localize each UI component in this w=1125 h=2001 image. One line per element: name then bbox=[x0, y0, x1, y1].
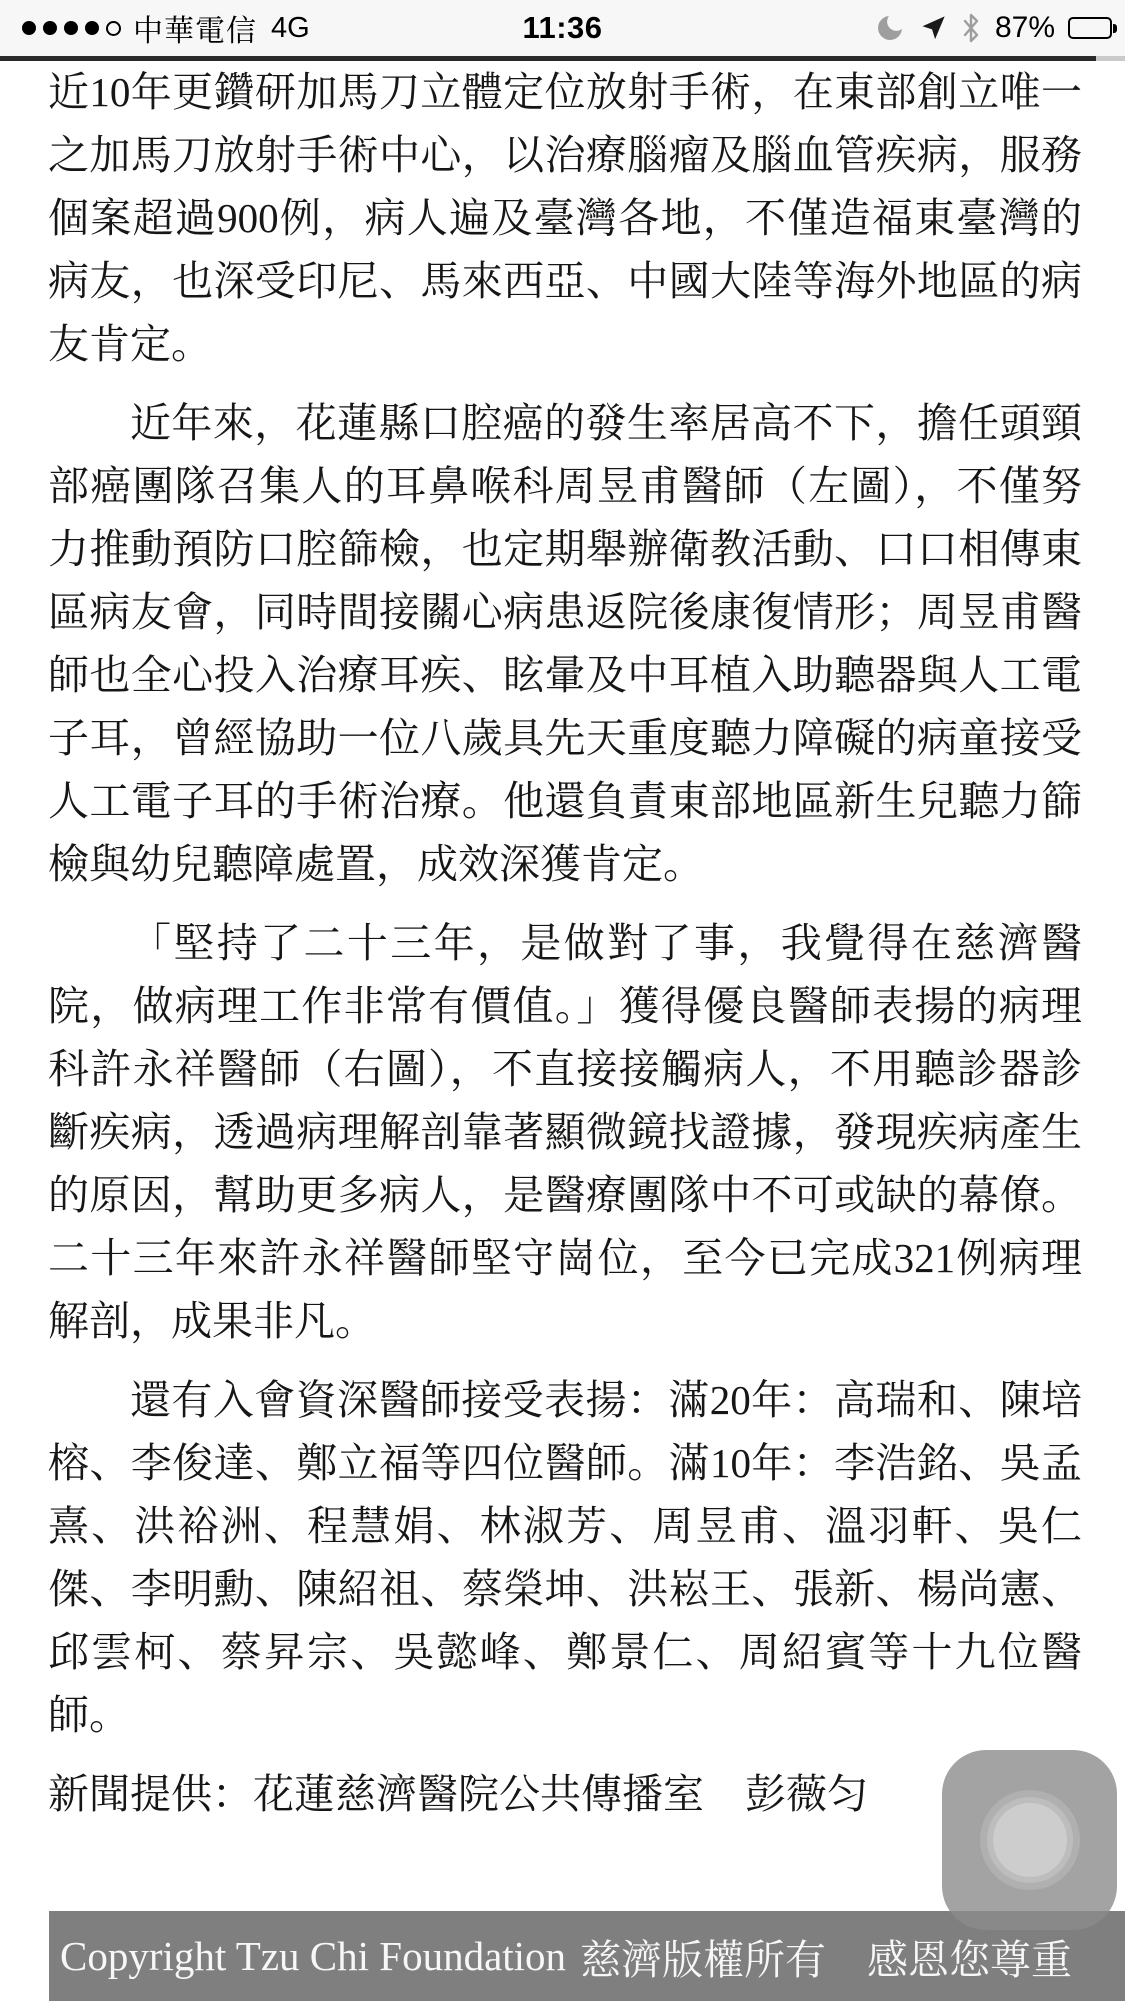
assistive-touch-middle-ring bbox=[980, 1790, 1080, 1890]
footer-copyright-zh: 慈濟版權所有 感恩您尊重 bbox=[580, 1927, 1072, 1986]
divider-light-segment bbox=[1096, 56, 1125, 61]
article-paragraph: 「堅持了二十三年，是做對了事，我覺得在慈濟醫院，做病理工作非常有價值。」獲得優良… bbox=[48, 912, 1082, 1353]
status-left-group: 中華電信 4G bbox=[22, 6, 310, 50]
signal-dot-empty bbox=[106, 21, 121, 36]
article-body: 近10年更鑽研加馬刀立體定位放射手術，在東部創立唯一之加馬刀放射手術中心，以治療… bbox=[48, 61, 1082, 1842]
moon-icon bbox=[874, 12, 906, 44]
location-arrow-icon bbox=[919, 14, 947, 42]
carrier-name: 中華電信 bbox=[133, 6, 257, 50]
battery-icon bbox=[1068, 17, 1117, 39]
battery-percent: 87% bbox=[995, 11, 1055, 45]
article-paragraph: 近10年更鑽研加馬刀立體定位放射手術，在東部創立唯一之加馬刀放射手術中心，以治療… bbox=[48, 61, 1082, 376]
status-bar: 中華電信 4G 11:36 87% bbox=[0, 0, 1125, 56]
footer-copyright-en: Copyright Tzu Chi Foundation bbox=[60, 1932, 566, 1980]
assistive-touch-button[interactable] bbox=[942, 1750, 1117, 1930]
article-paragraph: 還有入會資深醫師接受表揚：滿20年：高瑞和、陳培榕、李俊達、鄭立福等四位醫師。滿… bbox=[48, 1369, 1082, 1747]
article-byline: 新聞提供：花蓮慈濟醫院公共傳播室 彭薇匀 bbox=[48, 1763, 1082, 1826]
iphone-screenshot: 中華電信 4G 11:36 87% 近10年更鑽研加馬刀立體定位放射 bbox=[0, 0, 1125, 2001]
bluetooth-icon bbox=[960, 13, 982, 43]
assistive-touch-outer-ring bbox=[971, 1781, 1089, 1899]
status-time: 11:36 bbox=[522, 10, 602, 46]
assistive-touch-inner-ring bbox=[987, 1797, 1073, 1883]
signal-dot bbox=[85, 21, 99, 35]
assistive-touch-core-circle bbox=[993, 1803, 1067, 1877]
article-paragraph: 近年來，花蓮縣口腔癌的發生率居高不下，擔任頭頸部癌團隊召集人的耳鼻喉科周昱甫醫師… bbox=[48, 392, 1082, 896]
network-type: 4G bbox=[271, 12, 310, 45]
signal-dots-icon bbox=[22, 21, 121, 36]
footer-copyright-bar: Copyright Tzu Chi Foundation 慈濟版權所有 感恩您尊… bbox=[49, 1911, 1125, 2001]
signal-dot bbox=[64, 21, 78, 35]
signal-dot bbox=[22, 21, 36, 35]
signal-dot bbox=[43, 21, 57, 35]
status-right-group: 87% bbox=[874, 0, 1117, 56]
